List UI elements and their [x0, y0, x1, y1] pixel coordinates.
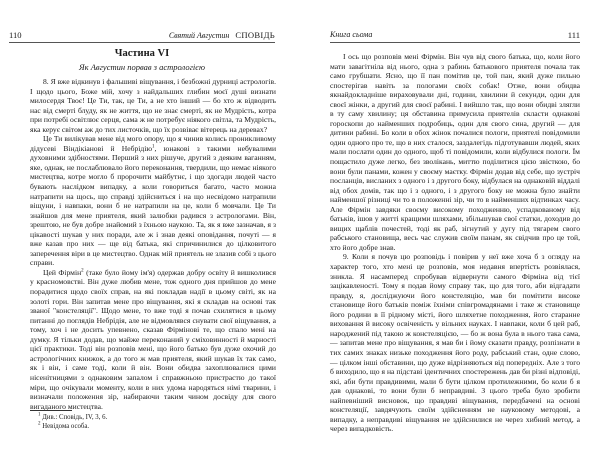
- paragraph-text: Цей Фірмін: [43, 268, 81, 277]
- right-page: Книга сьома 111 І ось що розповів мені Ф…: [300, 0, 600, 456]
- body-text: 8. Я вже відкинув і фальшиві віщування, …: [30, 77, 276, 411]
- paragraph-text: , юнакові з такими небувалими духовними …: [30, 144, 276, 268]
- page-number: 111: [568, 30, 580, 40]
- footnotes: 1 Див.: Сповідь, IV, 3, 6. 2 Невідома ос…: [38, 414, 268, 431]
- footnote-text: Див.: Сповідь, IV, 3, 6.: [42, 414, 107, 421]
- running-head-title: СПОВІДЬ: [235, 30, 275, 40]
- footnote: 1 Див.: Сповідь, IV, 3, 6.: [38, 414, 268, 423]
- header-rule: [330, 42, 580, 43]
- body-text: І ось що розповів мені Фірмін. Він чув в…: [330, 52, 580, 434]
- paragraph-text: (таке було йому ім'я) одержав добру осві…: [30, 268, 276, 411]
- footnote-rule: [30, 410, 72, 411]
- chapter-subtitle: Як Августин порвав з астрологією: [9, 62, 275, 72]
- running-head-text: Святий АвгустинСПОВІДЬ: [169, 30, 275, 41]
- footnote: 2 Невідома особа.: [38, 423, 268, 432]
- paragraph: 8. Я вже відкинув і фальшиві віщування, …: [30, 77, 276, 134]
- paragraph: Цей Фірмін2 (таке було йому ім'я) одержа…: [30, 268, 276, 411]
- footnote-number: 1: [38, 413, 41, 418]
- header-rule: [9, 42, 275, 43]
- paragraph: Це Ти вилікував мене від мого опору, що …: [30, 134, 276, 268]
- running-head-book: Книга сьома: [330, 30, 372, 40]
- left-page: 110 Святий АвгустинСПОВІДЬ Частина VI Як…: [0, 0, 300, 456]
- page-number: 110: [9, 30, 22, 40]
- footnote-text: Невідома особа.: [42, 423, 89, 430]
- chapter-title: Частина VI: [9, 48, 275, 60]
- footnote-number: 2: [38, 421, 41, 426]
- paragraph: І ось що розповів мені Фірмін. Він чув в…: [330, 52, 580, 252]
- paragraph: 9. Коли я почув цю розповідь і повірив у…: [330, 252, 580, 433]
- running-head-author: Святий Августин: [169, 31, 230, 40]
